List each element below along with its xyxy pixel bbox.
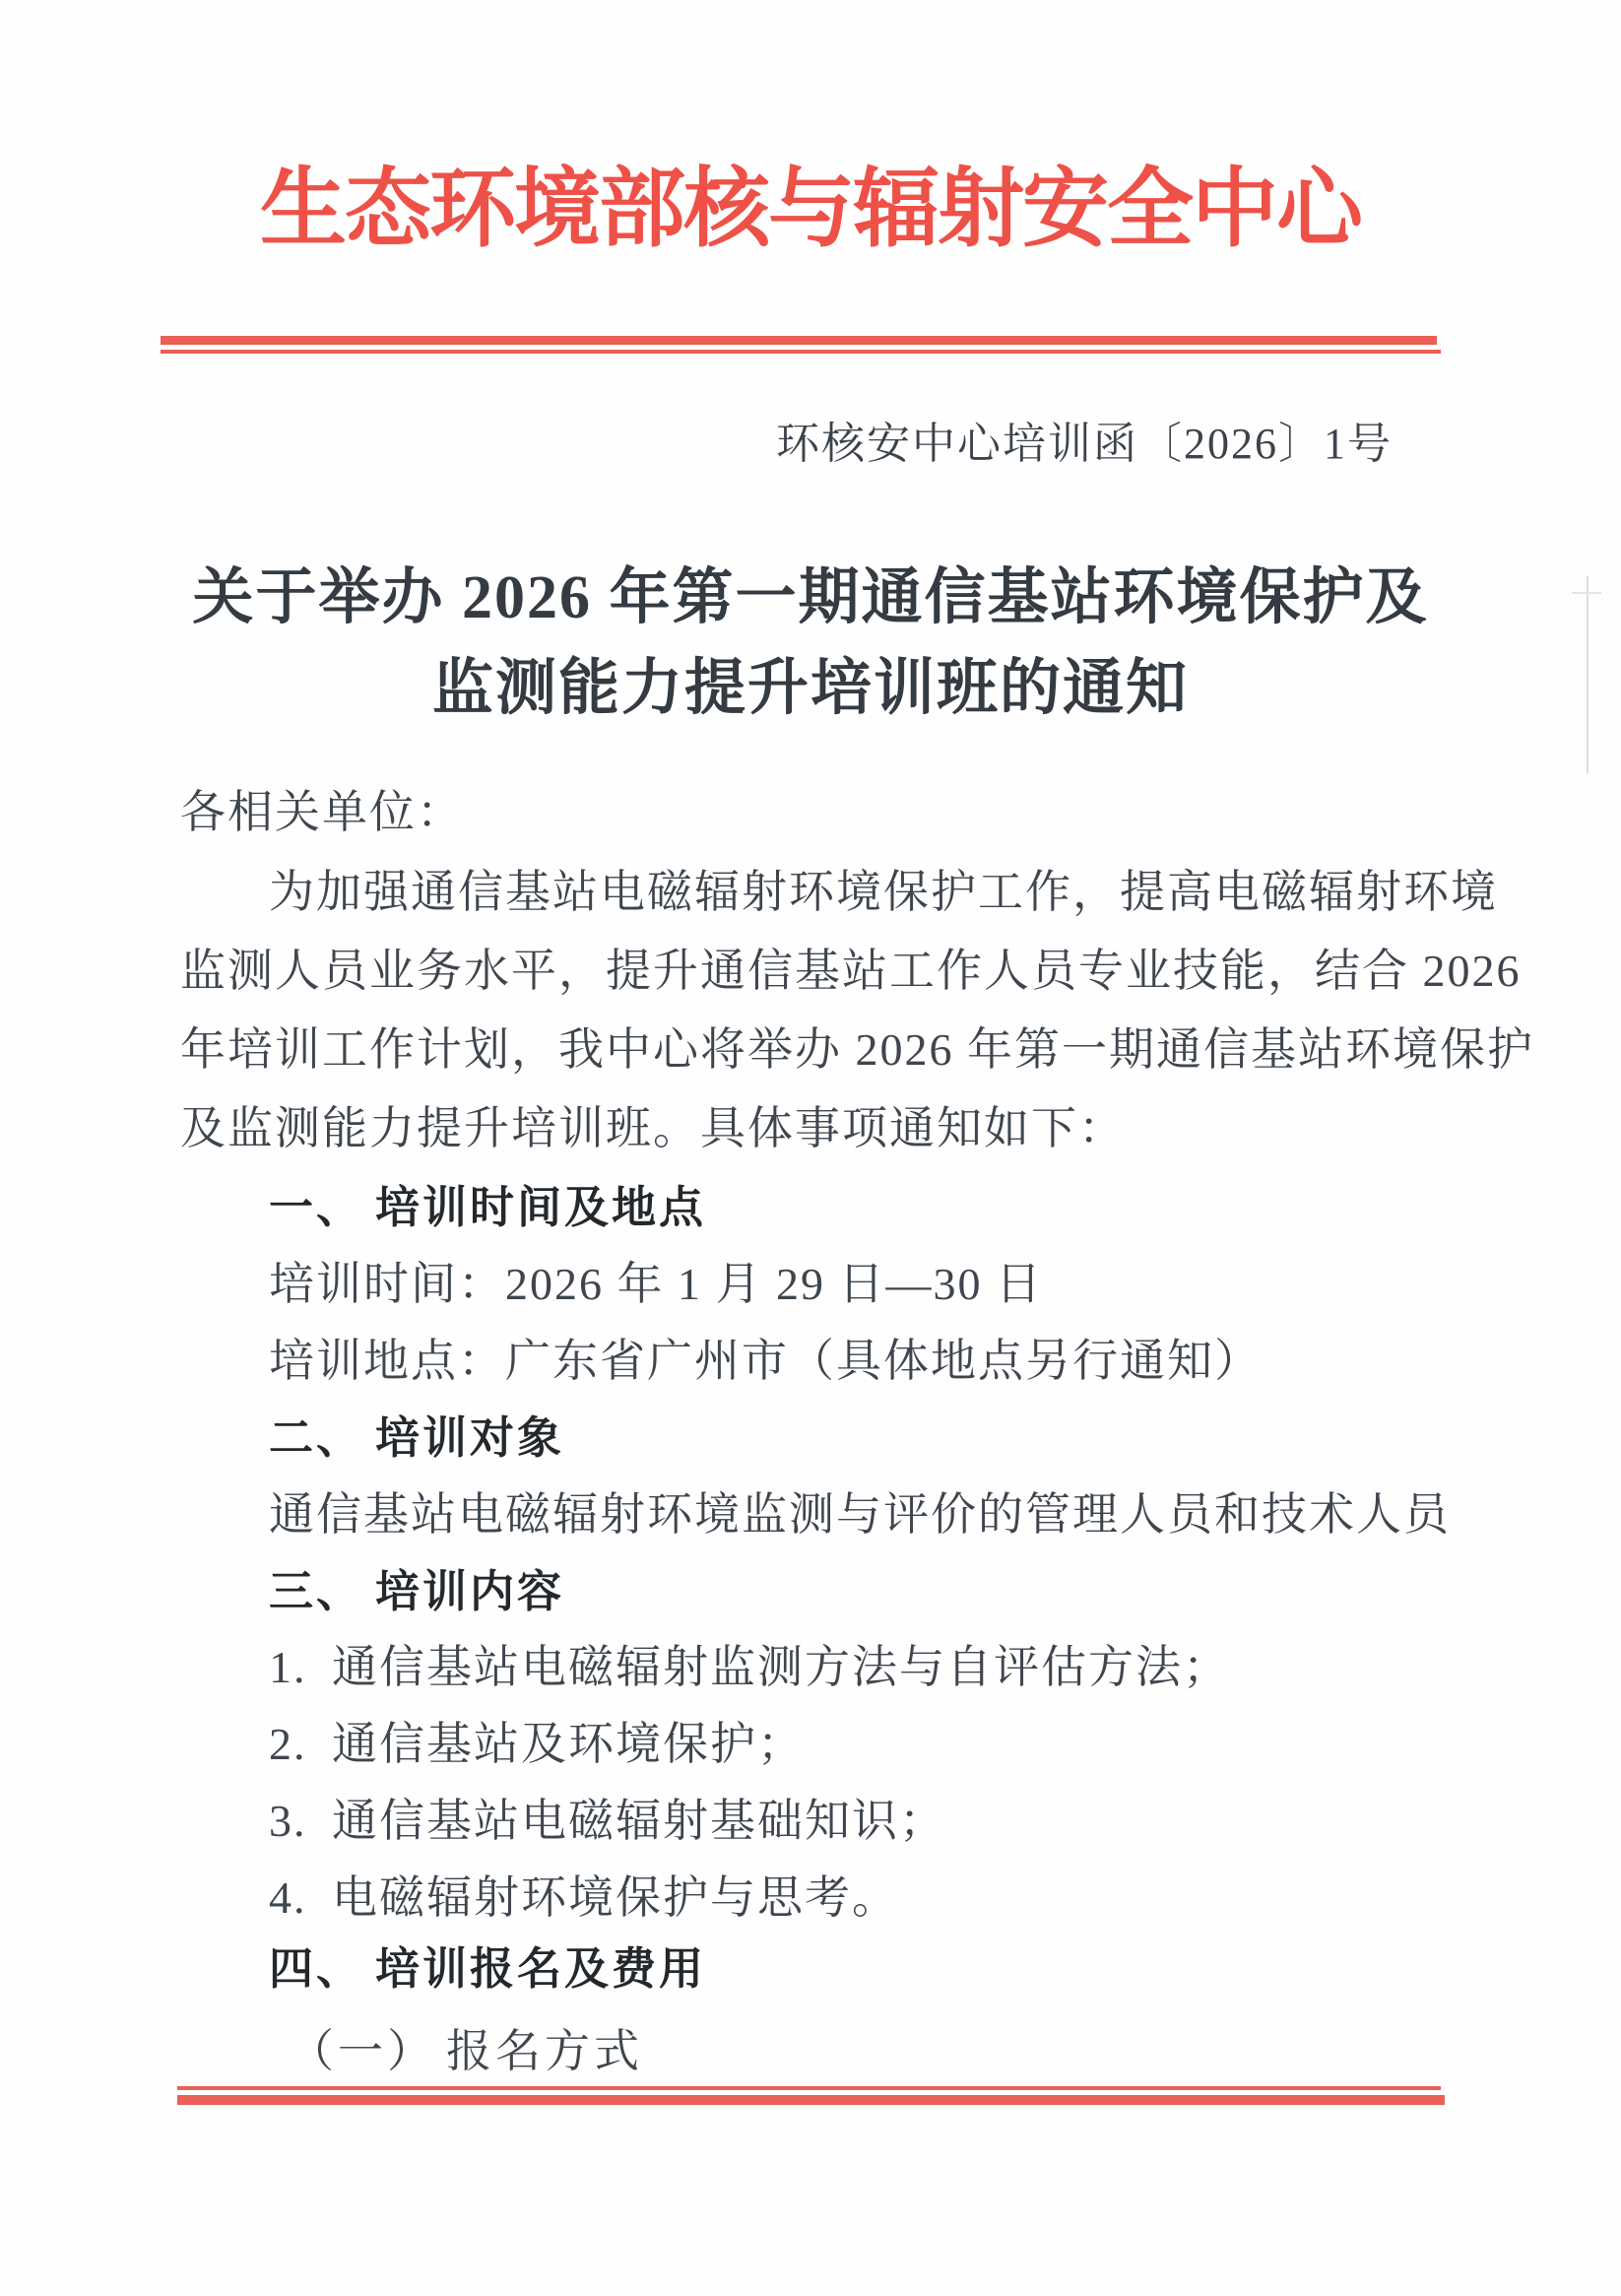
- paragraph-line: 年培训工作计划，我中心将举办 2026 年第一期通信基站环境保护: [180, 1024, 1534, 1077]
- scan-artifact: [1572, 592, 1601, 594]
- section-heading-1: 一、培训时间及地点: [269, 1182, 706, 1233]
- section-heading-3: 三、培训内容: [269, 1566, 564, 1617]
- document-page: 生态环境部核与辐射安全中心 环核安中心培训函〔2026〕1号 关于举办 2026…: [0, 0, 1621, 2296]
- sub-heading-number: （一）: [289, 2026, 436, 2076]
- section-title: 培训时间及地点: [375, 1182, 706, 1232]
- footer-rule-thin: [177, 2086, 1441, 2090]
- list-item-number: 2.: [269, 1719, 332, 1771]
- list-item: 4.电磁辐射环境保护与思考。: [269, 1872, 899, 1925]
- section-number: 三、: [269, 1566, 363, 1616]
- salutation: 各相关单位：: [180, 787, 464, 839]
- list-item-number: 1.: [269, 1642, 332, 1694]
- doc-number: 环核安中心培训函〔2026〕1号: [776, 408, 1393, 471]
- section-line: 培训时间：2026 年 1 月 29 日—30 日: [269, 1259, 1043, 1311]
- section-number: 四、: [269, 1943, 363, 1994]
- paragraph-line: 监测人员业务水平，提升通信基站工作人员专业技能，结合 2026: [180, 946, 1522, 998]
- section-line: 培训地点：广东省广州市（具体地点另行通知）: [269, 1336, 1262, 1388]
- list-item: 3.通信基站电磁辐射基础知识；: [269, 1796, 946, 1848]
- sub-heading: （一）报名方式: [289, 2026, 643, 2078]
- section-title: 培训内容: [375, 1566, 564, 1616]
- list-item-text: 电磁辐射环境保护与思考。: [332, 1872, 899, 1923]
- section-number: 二、: [269, 1412, 363, 1463]
- footer-rule-thick: [177, 2095, 1445, 2105]
- list-item: 2.通信基站及环境保护；: [269, 1719, 805, 1771]
- section-title: 培训报名及费用: [375, 1943, 706, 1994]
- paragraph-line: 为加强通信基站电磁辐射环境保护工作，提高电磁辐射环境: [269, 867, 1498, 919]
- notice-title-line2: 监测能力提升培训班的通知: [0, 638, 1621, 726]
- section-title: 培训对象: [375, 1412, 564, 1463]
- scan-artifact: [1587, 576, 1589, 773]
- sub-heading-text: 报名方式: [446, 2026, 643, 2076]
- list-item-number: 4.: [269, 1872, 332, 1925]
- list-item-text: 通信基站电磁辐射监测方法与自评估方法；: [332, 1642, 1230, 1692]
- letterhead-rule-thick: [161, 336, 1437, 345]
- list-item-text: 通信基站电磁辐射基础知识；: [332, 1796, 946, 1846]
- list-item-text: 通信基站及环境保护；: [332, 1719, 805, 1769]
- paragraph-line: 及监测能力提升培训班。具体事项通知如下：: [180, 1103, 1126, 1155]
- section-line: 通信基站电磁辐射环境监测与评价的管理人员和技术人员: [269, 1489, 1451, 1542]
- section-heading-2: 二、培训对象: [269, 1412, 564, 1464]
- section-heading-4: 四、培训报名及费用: [269, 1943, 706, 1995]
- list-item-number: 3.: [269, 1796, 332, 1848]
- section-number: 一、: [269, 1182, 363, 1232]
- notice-title-line1: 关于举办 2026 年第一期通信基站环境保护及: [0, 548, 1621, 635]
- letterhead-rule-thin: [161, 350, 1441, 354]
- list-item: 1.通信基站电磁辐射监测方法与自评估方法；: [269, 1642, 1230, 1694]
- letterhead-org-name: 生态环境部核与辐射安全中心: [0, 146, 1621, 276]
